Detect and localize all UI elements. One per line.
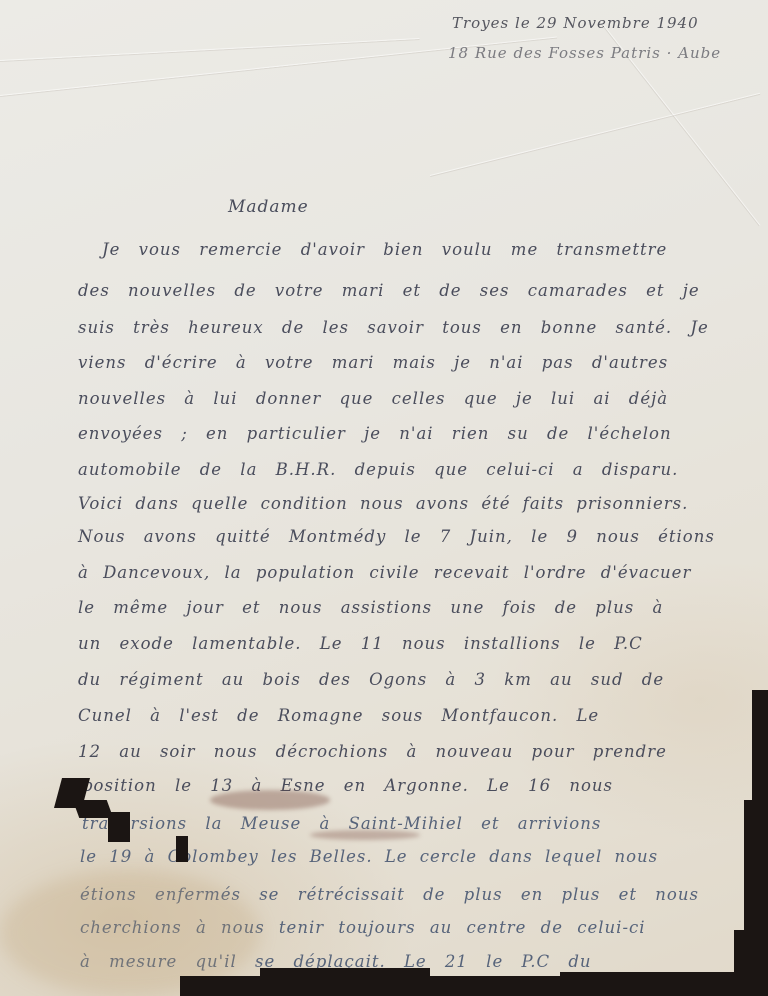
letter-line: le 19 à Colombey les Belles. Le cercle d…	[80, 847, 658, 866]
letter-line: Je vous remercie d'avoir bien voulu me t…	[102, 240, 667, 259]
letter-line: Cunel à l'est de Romagne sous Montfaucon…	[78, 706, 599, 725]
letter-line: position le 13 à Esne en Argonne. Le 16 …	[82, 776, 613, 795]
letter-line: suis très heureux de les savoir tous en …	[78, 318, 709, 337]
torn-edge-bottom	[560, 972, 768, 996]
letter-line: à Dancevoux, la population civile receva…	[78, 563, 691, 582]
torn-edge-bottom	[260, 968, 430, 996]
water-stain	[310, 830, 420, 840]
water-stain	[210, 790, 330, 810]
letter-line: 12 au soir nous décrochions à nouveau po…	[78, 742, 667, 761]
letter-line: Nous avons quitté Montmédy le 7 Juin, le…	[78, 527, 715, 546]
letter-line: nouvelles à lui donner que celles que je…	[78, 389, 668, 408]
sender-address: 18 Rue des Fosses Patris · Aube	[448, 44, 721, 62]
letter-line: un exode lamentable. Le 11 nous installi…	[78, 634, 643, 653]
letter-line: du régiment au bois des Ogons à 3 km au …	[78, 670, 664, 689]
letter-line: des nouvelles de votre mari et de ses ca…	[78, 281, 700, 300]
letter-line: Voici dans quelle condition nous avons é…	[78, 494, 688, 513]
salutation: Madame	[228, 197, 309, 217]
letter-line: envoyées ; en particulier je n'ai rien s…	[78, 424, 672, 443]
torn-hole	[108, 812, 130, 842]
letter-line: viens d'écrire à votre mari mais je n'ai…	[78, 353, 668, 372]
letter-line: automobile de la B.H.R. depuis que celui…	[78, 460, 678, 479]
place-date: Troyes le 29 Novembre 1940	[452, 14, 699, 32]
letter-page: Troyes le 29 Novembre 1940 18 Rue des Fo…	[0, 0, 768, 996]
letter-line: le même jour et nous assistions une fois…	[78, 598, 663, 617]
torn-hole	[176, 836, 188, 862]
